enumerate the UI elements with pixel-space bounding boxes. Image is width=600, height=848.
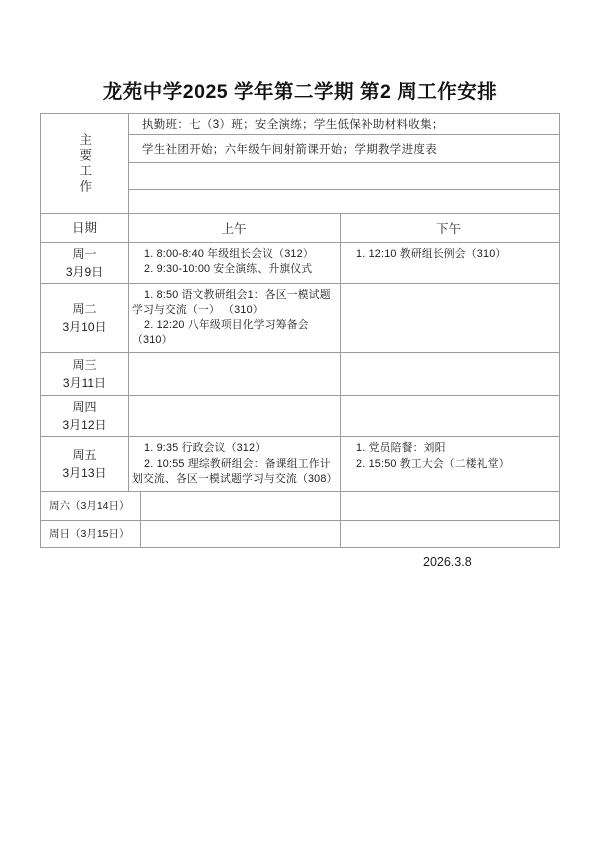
schedule-item: 1. 8:50 语文教研组会1：各区一模试题学习与交流（一） （310） (132, 288, 336, 318)
schedule-item: 1. 8:00-8:40 年级组长会议（312） (132, 247, 336, 262)
main-task-row-4 (129, 190, 559, 213)
main-task-row-3 (129, 163, 559, 190)
morning-cell-saturday (141, 492, 341, 520)
header-morning: 上午 (129, 214, 341, 242)
afternoon-cell-tuesday (341, 284, 559, 352)
schedule-item: 1. 12:10 教研组长例会（310） (344, 247, 553, 262)
main-tasks-table: 主要工作 执勤班：七（3）班；安全演练；学生低保补助材料收集； 学生社团开始；六… (40, 113, 560, 214)
date-label: 3月10日 (62, 318, 106, 336)
weekend-row-saturday: 周六（3月14日） (41, 492, 559, 521)
main-tasks-rows: 执勤班：七（3）班；安全演练；学生低保补助材料收集； 学生社团开始；六年级午间射… (129, 114, 559, 213)
date-cell-tuesday: 周二 3月10日 (41, 284, 129, 352)
schedule-row-tuesday: 周二 3月10日 1. 8:50 语文教研组会1：各区一模试题学习与交流（一） … (41, 284, 559, 353)
document-content: 主要工作 执勤班：七（3）班；安全演练；学生低保补助材料收集； 学生社团开始；六… (40, 113, 560, 569)
main-task-text-1: 执勤班：七（3）班；安全演练；学生低保补助材料收集； (142, 116, 444, 132)
schedule-row-friday: 周五 3月13日 1. 9:35 行政会议（312） 2. 10:55 理综教研… (41, 437, 559, 490)
date-label: 3月13日 (62, 464, 106, 482)
schedule-row-wednesday: 周三 3月11日 (41, 353, 559, 396)
page-title: 龙苑中学2025 学年第二学期 第2 周工作安排 (0, 76, 600, 104)
main-task-row-2: 学生社团开始；六年级午间射箭课开始；学期教学进度表 (129, 135, 559, 163)
date-cell-friday: 周五 3月13日 (41, 437, 129, 490)
morning-cell-friday: 1. 9:35 行政会议（312） 2. 10:55 理综教研组会：备课组工作计… (129, 437, 341, 490)
date-cell-wednesday: 周三 3月11日 (41, 353, 129, 395)
afternoon-cell-monday: 1. 12:10 教研组长例会（310） (341, 243, 559, 283)
weekend-table: 周六（3月14日） 周日（3月15日） (40, 492, 560, 548)
main-tasks-label: 主要工作 (78, 133, 91, 195)
schedule-item: 1. 党员陪餐：刘阳 (344, 441, 553, 456)
schedule-item: 2. 15:50 教工大会（二楼礼堂） (344, 457, 553, 472)
footer-date: 2026.3.8 (423, 555, 560, 569)
morning-cell-wednesday (129, 353, 341, 395)
morning-cell-monday: 1. 8:00-8:40 年级组长会议（312） 2. 9:30-10:00 安… (129, 243, 341, 283)
document-page: 龙苑中学2025 学年第二学期 第2 周工作安排 主要工作 执勤班：七（3）班；… (0, 0, 600, 848)
weekend-row-sunday: 周日（3月15日） (41, 521, 559, 547)
schedule-item: 2. 9:30-10:00 安全演练、升旗仪式 (132, 262, 336, 277)
header-afternoon: 下午 (341, 214, 559, 242)
main-task-text-2: 学生社团开始；六年级午间射箭课开始；学期教学进度表 (142, 141, 437, 157)
afternoon-cell-friday: 1. 党员陪餐：刘阳 2. 15:50 教工大会（二楼礼堂） (341, 437, 559, 490)
day-label: 周四 (72, 398, 96, 416)
schedule-header-row: 日期 上午 下午 (41, 214, 559, 243)
date-label: 3月12日 (62, 416, 106, 434)
schedule-row-thursday: 周四 3月12日 (41, 396, 559, 437)
morning-cell-sunday (141, 521, 341, 547)
afternoon-cell-saturday (341, 492, 559, 520)
date-label: 3月11日 (63, 374, 106, 392)
main-task-row-1: 执勤班：七（3）班；安全演练；学生低保补助材料收集； (129, 114, 559, 135)
date-label: 3月9日 (66, 263, 103, 281)
date-cell-sunday: 周日（3月15日） (41, 521, 141, 547)
date-cell-thursday: 周四 3月12日 (41, 396, 129, 436)
afternoon-cell-thursday (341, 396, 559, 436)
header-date: 日期 (41, 214, 129, 242)
main-tasks-label-cell: 主要工作 (41, 114, 129, 213)
schedule-item: 1. 9:35 行政会议（312） (132, 441, 336, 456)
day-label: 周三 (72, 356, 96, 374)
date-cell-saturday: 周六（3月14日） (41, 492, 141, 520)
schedule-item: 2. 12:20 八年级项目化学习筹备会（310） (132, 318, 336, 348)
date-cell-monday: 周一 3月9日 (41, 243, 129, 283)
schedule-row-monday: 周一 3月9日 1. 8:00-8:40 年级组长会议（312） 2. 9:30… (41, 243, 559, 284)
day-label: 周二 (72, 300, 96, 318)
schedule-item: 2. 10:55 理综教研组会：备课组工作计划交流、各区一模试题学习与交流（30… (132, 457, 336, 487)
day-label: 周一 (72, 245, 96, 263)
day-label: 周五 (72, 446, 96, 464)
morning-cell-tuesday: 1. 8:50 语文教研组会1：各区一模试题学习与交流（一） （310） 2. … (129, 284, 341, 352)
afternoon-cell-sunday (341, 521, 559, 547)
morning-cell-thursday (129, 396, 341, 436)
afternoon-cell-wednesday (341, 353, 559, 395)
schedule-table: 日期 上午 下午 周一 3月9日 1. 8:00-8:40 年级组长会议（312… (40, 214, 560, 492)
